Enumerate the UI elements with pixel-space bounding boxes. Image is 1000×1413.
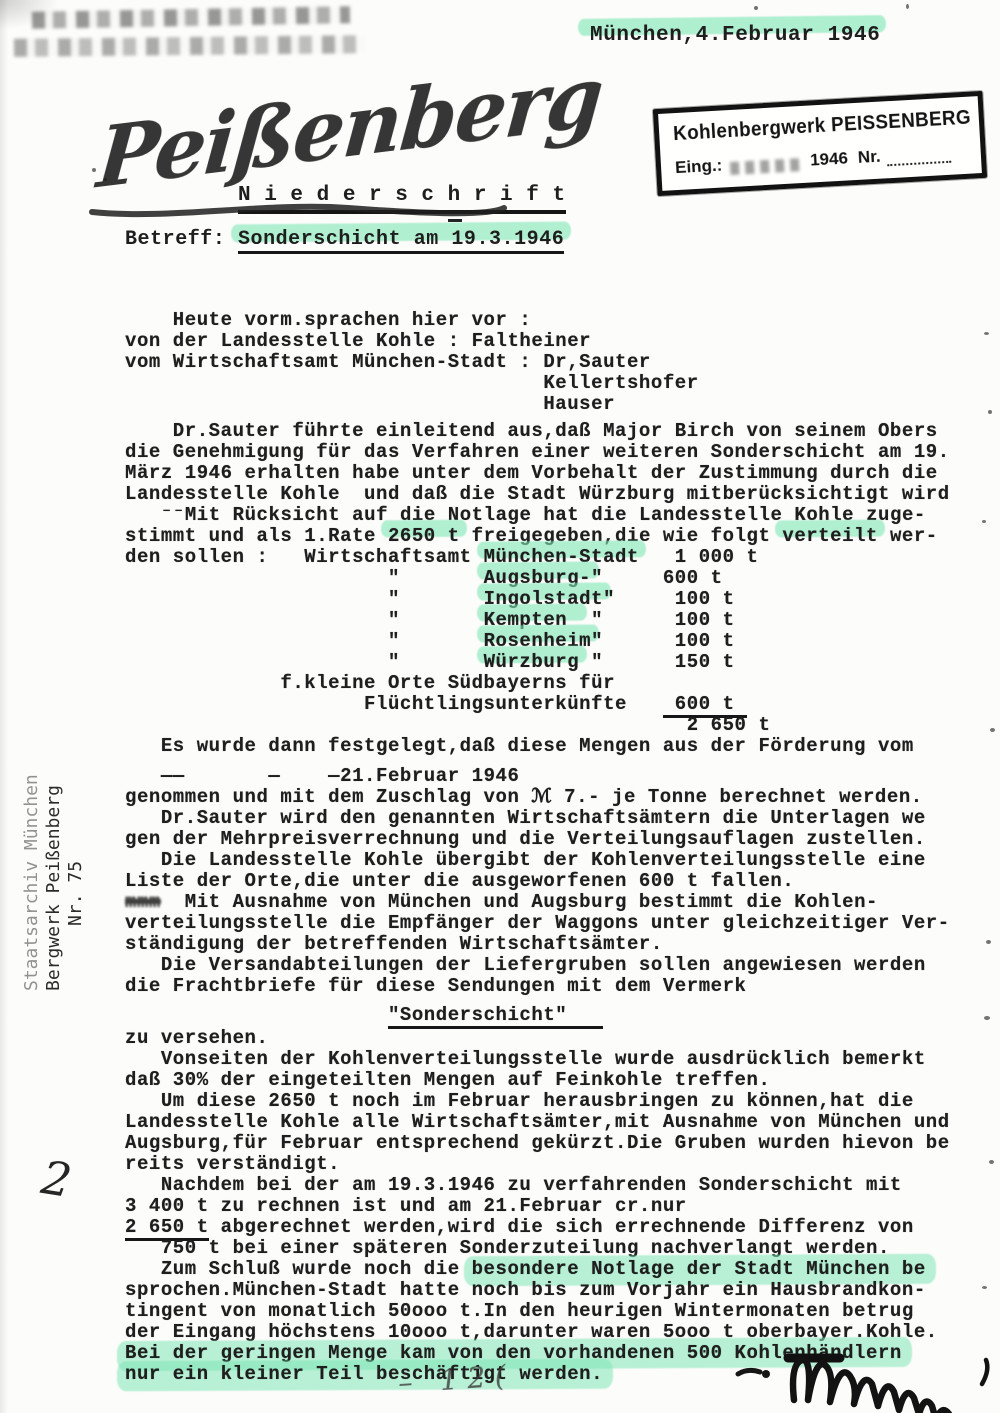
highlighted-text: verteilt — [782, 525, 878, 547]
line-text: mmm — [125, 891, 161, 913]
stamp-company-name: Kohlenbergwerk PEISSENBERG — [673, 108, 952, 146]
document-line: genommen und mit dem Zuschlag von ℳ 7.- … — [125, 787, 999, 808]
line-text: 2 650 t — [125, 714, 770, 736]
document-line: Die Landesstelle Kohle übergibt der Kohl… — [125, 850, 999, 871]
betreff-line: Betreff: Sonderschicht am 19.3.1946 — [125, 228, 564, 251]
document-line: vom Wirtschaftsamt München-Stadt : Dr,Sa… — [125, 352, 999, 373]
document-line: Liste der Orte,die unter die ausgeworfen… — [125, 871, 999, 892]
document-line: zu versehen. — [125, 1028, 999, 1049]
document-line: Es wurde dann festgelegt,daß diese Menge… — [125, 736, 999, 757]
document-line: Hauser — [125, 394, 999, 415]
scan-edge-shade — [0, 0, 8, 1413]
line-text: " 150 t — [579, 651, 734, 673]
document-line: 2 650 t — [125, 715, 999, 736]
document-line: ―― ― ―21.Februar 1946 — [125, 766, 999, 787]
archive-line-2: Bergwerk Peißenberg — [43, 785, 64, 991]
line-text: " — [125, 588, 484, 610]
document-line: 2 650 t abgerechnet werden,wird die sich… — [125, 1217, 999, 1238]
document-line: f.kleine Orte Südbayerns für — [125, 673, 999, 694]
line-text: Augsburg,für Februar entsprechend gekürz… — [125, 1132, 950, 1154]
archive-margin-note: Staatsarchiv MünchenBergwerk Peißenberg … — [21, 729, 89, 991]
document-line: 3 400 t zu rechnen ist und am 21.Februar… — [125, 1196, 999, 1217]
line-text: Die Versandabteilungen der Liefergruben … — [125, 954, 926, 976]
stamp-entry-line: Eing.: 1946 Nr. — [675, 142, 972, 178]
document-line: gen der Mehrpreisverrechnung und die Ver… — [125, 829, 999, 850]
receipt-stamp: Kohlenbergwerk PEISSENBERG Eing.: 1946 N… — [653, 91, 987, 196]
line-text: " 600 t — [591, 567, 722, 589]
line-text: ―― ― ― — [125, 765, 340, 787]
line-text: Vonseiten der Kohlenverteilungsstelle wu… — [125, 1048, 926, 1070]
document-line: ständigung der betreffenden Wirtschaftsä… — [125, 934, 999, 955]
line-text: Es wurde dann festgelegt,daß diese Menge… — [125, 735, 914, 757]
highlighted-text: nur ein kleiner Teil beschäftigt werden. — [125, 1363, 603, 1385]
line-text: " 100 t — [579, 609, 734, 631]
line-text — [125, 1004, 388, 1026]
ink-speck — [92, 168, 96, 172]
document-line: Kellertshofer — [125, 373, 999, 394]
document-line: Dr.Sauter führte einleitend aus,daß Majo… — [125, 421, 999, 442]
line-text: Landesstelle Kohle und daß die Stadt Wür… — [125, 483, 950, 505]
line-text: verteilungsstelle die Empfänger der Wagg… — [125, 912, 950, 934]
betreff-subject: Sonderschicht am 19.3.1946 — [238, 228, 564, 254]
date-highlight: München,4.Februar 1946 — [590, 24, 880, 47]
line-text: " — [125, 567, 484, 589]
line-text: " 100 t — [603, 588, 734, 610]
stamp-year: 1946 — [810, 148, 849, 170]
document-line: reits verständigt. — [125, 1154, 999, 1175]
archive-line-3: Nr. 75 — [65, 861, 86, 991]
line-text: 3 400 t zu rechnen ist und am 21.Februar… — [125, 1195, 687, 1217]
document-line: Zum Schluß wurde noch die besondere Notl… — [125, 1259, 999, 1280]
line-text: f.kleine Orte Südbayerns für — [125, 672, 615, 694]
document-line: Vonseiten der Kohlenverteilungsstelle wu… — [125, 1049, 999, 1070]
letterhead-smudge-line — [14, 35, 366, 57]
document-line: sprochen.München-Stadt hatte noch bis zu… — [125, 1280, 999, 1301]
line-text: 21.Februar 1946 — [340, 765, 519, 787]
line-text: Um diese 2650 t noch im Februar herausbr… — [125, 1090, 914, 1112]
line-text: Die Landesstelle Kohle übergibt der Kohl… — [125, 849, 926, 871]
line-text: Dr.Sauter führte einleitend aus,daß Majo… — [125, 420, 938, 442]
line-text: " — [125, 609, 484, 631]
line-text: vom Wirtschaftsamt München-Stadt : Dr,Sa… — [125, 351, 651, 373]
pencil-note: – 12( — [397, 1358, 516, 1400]
line-text: März 1946 erhalten habe unter dem Vorbeh… — [125, 462, 938, 484]
line-text: " — [125, 651, 484, 673]
document-line: die Frachtbriefe für diese Sendungen mit… — [125, 976, 999, 997]
ink-speck — [754, 6, 758, 10]
document-date: München,4.Februar 1946 — [590, 24, 880, 47]
document-line: Flüchtlingsunterkünfte 600 t — [125, 694, 999, 715]
handwritten-margin-mark: 2 — [38, 1150, 75, 1208]
line-text: tingent von monatlich 50ooo t.In den heu… — [125, 1300, 914, 1322]
ink-speck — [906, 4, 909, 9]
line-text: stimmt und als 1.Rate — [125, 525, 388, 547]
scanned-document-page: München,4.Februar 1946 Peißenberg Kohlen… — [0, 0, 1000, 1413]
line-text: von der Landesstelle Kohle : Faltheiner — [125, 330, 591, 352]
handwritten-ink-signature — [730, 1338, 1000, 1413]
document-line: Um diese 2650 t noch im Februar herausbr… — [125, 1091, 999, 1112]
line-text: Heute vorm.sprachen hier vor : — [125, 309, 531, 331]
line-text: ständigung der betreffenden Wirtschaftsä… — [125, 933, 663, 955]
line-text: " — [125, 630, 484, 652]
document-line: " Würzburg " 150 t — [125, 652, 999, 673]
document-line: Nachdem bei der am 19.3.1946 zu verfahre… — [125, 1175, 999, 1196]
line-text: Flüchtlingsunterkünfte — [125, 693, 663, 715]
highlighted-text: 2650 t — [388, 525, 460, 547]
line-text: Kellertshofer — [125, 372, 699, 394]
document-line: verteilungsstelle die Empfänger der Wagg… — [125, 913, 999, 934]
archive-line-1: Staatsarchiv München — [21, 774, 42, 991]
line-text: 1 000 t — [639, 546, 759, 568]
document-line: Dr.Sauter wird den genannten Wirtschafts… — [125, 808, 999, 829]
signature-underline-flourish — [88, 196, 508, 222]
document-line: tingent von monatlich 50ooo t.In den heu… — [125, 1301, 999, 1322]
document-line: März 1946 erhalten habe unter dem Vorbeh… — [125, 463, 999, 484]
stamp-illegible-date-smear — [730, 158, 803, 175]
line-text: die Genehmigung für das Verfahren einer … — [125, 441, 950, 463]
document-line: Augsburg,für Februar entsprechend gekürz… — [125, 1133, 999, 1154]
line-text: abgerechnet werden,wird die sich errechn… — [209, 1216, 914, 1238]
line-text: genommen und mit dem Zuschlag von ℳ 7.- … — [125, 786, 923, 808]
betreff-label: Betreff: — [125, 228, 238, 251]
line-text: wer- — [878, 525, 938, 547]
document-line: "Sonderschicht" — [125, 1005, 999, 1026]
document-line: mmm Mit Ausnahme von München und Augsbur… — [125, 892, 999, 913]
stamp-nr-label: Nr. — [857, 147, 881, 168]
line-text: zu versehen. — [125, 1027, 268, 1049]
document-line: Landesstelle Kohle alle Wirtschaftsämter… — [125, 1112, 999, 1133]
line-text: Nachdem bei der am 19.3.1946 zu verfahre… — [125, 1174, 902, 1196]
line-text: Zum Schluß wurde noch die — [125, 1258, 472, 1280]
document-line: Heute vorm.sprachen hier vor : — [125, 310, 999, 331]
line-text: die Frachtbriefe für diese Sendungen mit… — [125, 975, 747, 997]
line-text: Liste der Orte,die unter die ausgeworfen… — [125, 870, 794, 892]
line-text: " 100 t — [591, 630, 734, 652]
line-text: daß 30% der eingeteilten Mengen auf Fein… — [125, 1069, 770, 1091]
highlighted-text: Würzburg — [484, 651, 580, 673]
line-text: "Sonderschicht" — [388, 1004, 603, 1029]
line-text: Landesstelle Kohle alle Wirtschaftsämter… — [125, 1111, 950, 1133]
line-text: gen der Mehrpreisverrechnung und die Ver… — [125, 828, 926, 850]
document-body: Heute vorm.sprachen hier vor :von der La… — [125, 310, 999, 1385]
document-line: daß 30% der eingeteilten Mengen auf Fein… — [125, 1070, 999, 1091]
line-text: Mit Ausnahme von München und Augsburg be… — [161, 891, 878, 913]
document-line: die Genehmigung für das Verfahren einer … — [125, 442, 999, 463]
document-line: von der Landesstelle Kohle : Faltheiner — [125, 331, 999, 352]
line-text: reits verständigt. — [125, 1153, 340, 1175]
document-line: Die Versandabteilungen der Liefergruben … — [125, 955, 999, 976]
stamp-nr-blank-line — [887, 161, 951, 167]
line-text: Hauser — [125, 393, 615, 415]
line-text: den sollen : Wirtschaftsamt — [125, 546, 484, 568]
document-line: Landesstelle Kohle und daß die Stadt Wür… — [125, 484, 999, 505]
letterhead-smudge-line — [32, 6, 350, 29]
line-text: sprochen.München-Stadt hatte noch bis zu… — [125, 1279, 926, 1301]
stamp-eing-label: Eing.: — [675, 156, 723, 179]
highlighted-text: besondere Notlage der Stadt München be — [472, 1258, 926, 1280]
line-text: Dr.Sauter wird den genannten Wirtschafts… — [125, 807, 926, 829]
